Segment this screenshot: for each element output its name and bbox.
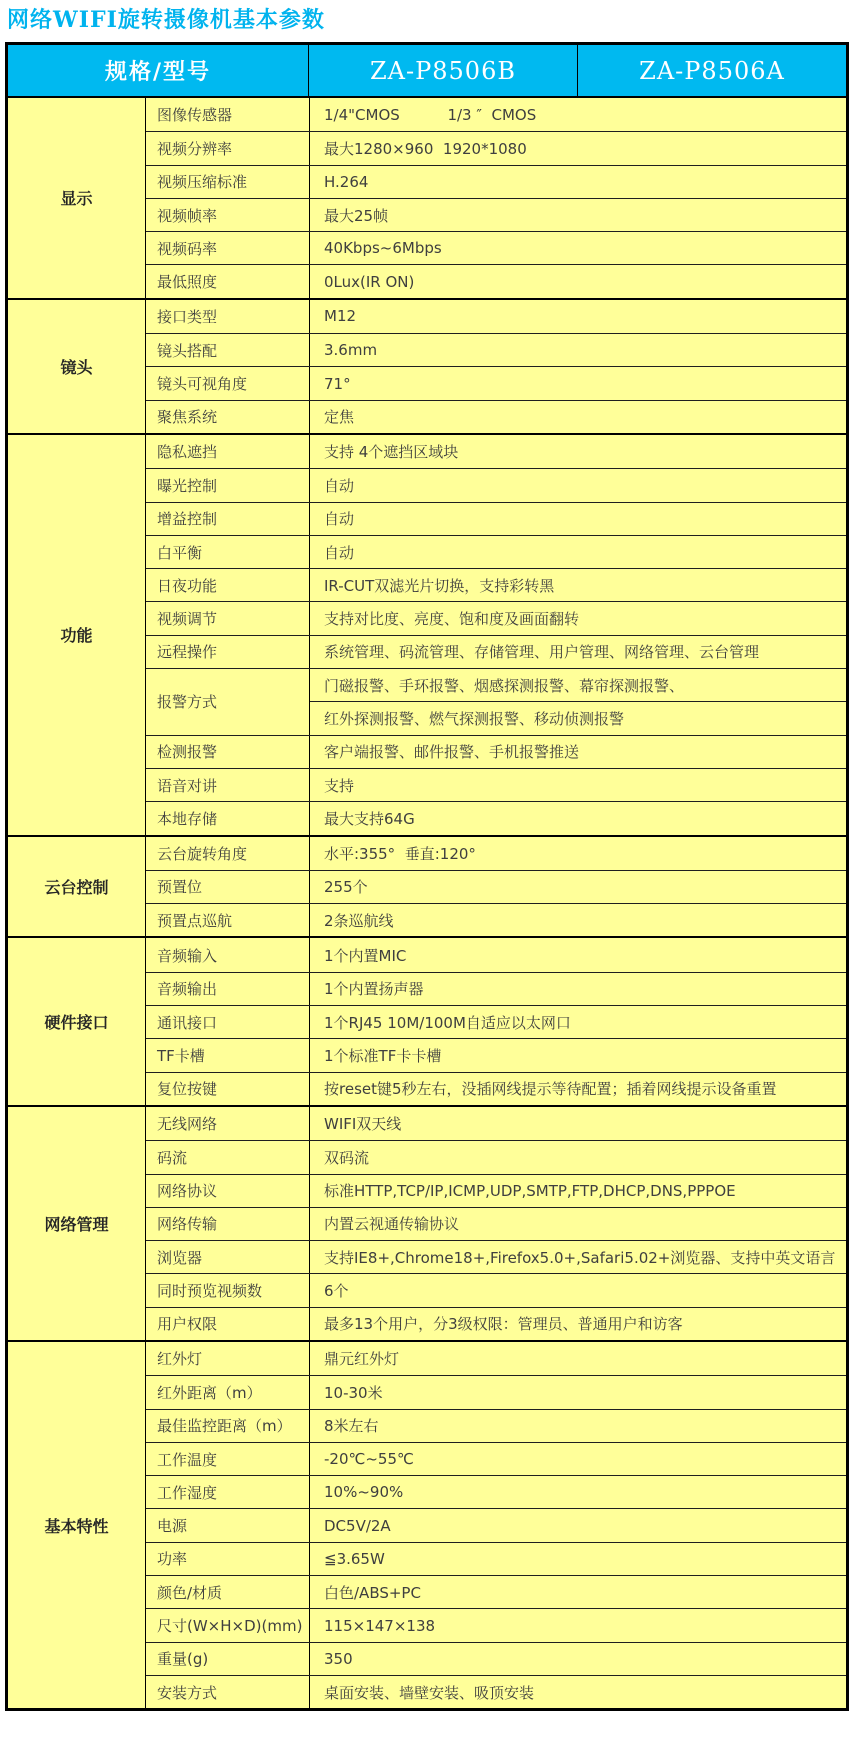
table-row: 通讯接口1个RJ45 10M/100M自适应以太网口	[146, 1005, 846, 1038]
spec-value: 10-30米	[310, 1376, 846, 1408]
spec-value-line: 红外探测报警、燃气探测报警、移动侦测报警	[310, 701, 846, 734]
spec-value: 6个	[310, 1274, 846, 1306]
spec-value: 1个RJ45 10M/100M自适应以太网口	[310, 1006, 846, 1038]
table-row: 工作湿度10%~90%	[146, 1475, 846, 1508]
spec-value: IR-CUT双滤光片切换，支持彩转黑	[310, 569, 846, 601]
table-row: 镜头搭配3.6mm	[146, 333, 846, 366]
group-rows: 接口类型M12镜头搭配3.6mm镜头可视角度71°聚焦系统定焦	[146, 300, 846, 433]
table-row: 远程操作系统管理、码流管理、存储管理、用户管理、网络管理、云台管理	[146, 635, 846, 668]
header-model-za-p8506a: ZA-P8506A	[577, 45, 846, 96]
table-row: 视频分辨率最大1280×960 1920*1080	[146, 131, 846, 164]
spec-label: 网络传输	[146, 1208, 310, 1240]
spec-value: 自动	[310, 536, 846, 568]
table-row: 复位按键按reset键5秒左右，没插网线提示等待配置；插着网线提示设备重置	[146, 1072, 846, 1105]
spec-label: 红外距离（m）	[146, 1376, 310, 1408]
spec-label: 重量(g)	[146, 1643, 310, 1675]
spec-value: 支持对比度、亮度、饱和度及画面翻转	[310, 602, 846, 634]
table-row: 最低照度0Lux(IR ON)	[146, 264, 846, 297]
table-row: 白平衡自动	[146, 535, 846, 568]
spec-value: M12	[310, 300, 846, 333]
group-rows: 无线网络WIFI双天线码流双码流网络协议标准HTTP,TCP/IP,ICMP,U…	[146, 1107, 846, 1340]
spec-value: 最大1280×960 1920*1080	[310, 132, 846, 164]
spec-value: 鼎元红外灯	[310, 1342, 846, 1375]
spec-label: 图像传感器	[146, 98, 310, 131]
spec-value: 40Kbps~6Mbps	[310, 232, 846, 264]
spec-label: 增益控制	[146, 503, 310, 535]
table-row: 语音对讲支持	[146, 768, 846, 801]
spec-value: 标准HTTP,TCP/IP,ICMP,UDP,SMTP,FTP,DHCP,DNS…	[310, 1175, 846, 1207]
spec-value: 自动	[310, 503, 846, 535]
spec-value: 定焦	[310, 401, 846, 433]
table-row: 检测报警客户端报警、邮件报警、手机报警推送	[146, 735, 846, 768]
spec-label: 工作温度	[146, 1443, 310, 1475]
spec-label: 预置点巡航	[146, 904, 310, 936]
table-header: 规格/型号 ZA-P8506B ZA-P8506A	[8, 45, 846, 98]
table-row: 镜头可视角度71°	[146, 366, 846, 399]
spec-label: 镜头可视角度	[146, 367, 310, 399]
table-row: 预置位255个	[146, 870, 846, 903]
spec-value: 白色/ABS+PC	[310, 1576, 846, 1608]
spec-value-line: 门磁报警、手环报警、烟感探测报警、幕帘探测报警、	[310, 669, 846, 701]
table-row: 视频码率40Kbps~6Mbps	[146, 231, 846, 264]
spec-label: 颜色/材质	[146, 1576, 310, 1608]
table-row: 电源DC5V/2A	[146, 1508, 846, 1541]
spec-label: 云台旋转角度	[146, 837, 310, 870]
group-rows: 音频输入1个内置MIC音频输出1个内置扬声器通讯接口1个RJ45 10M/100…	[146, 938, 846, 1104]
table-row: 用户权限最多13个用户，分3级权限：管理员、普通用户和访客	[146, 1307, 846, 1340]
spec-label: 无线网络	[146, 1107, 310, 1140]
spec-label: 网络协议	[146, 1175, 310, 1207]
spec-label: 同时预览视频数	[146, 1274, 310, 1306]
spec-value: 客户端报警、邮件报警、手机报警推送	[310, 736, 846, 768]
spec-label: 曝光控制	[146, 469, 310, 501]
header-spec-model: 规格/型号	[8, 45, 308, 96]
spec-label: 白平衡	[146, 536, 310, 568]
spec-value: 255个	[310, 871, 846, 903]
table-row: 红外距离（m）10-30米	[146, 1375, 846, 1408]
spec-label: 本地存储	[146, 802, 310, 834]
spec-label: 电源	[146, 1509, 310, 1541]
spec-label: 安装方式	[146, 1676, 310, 1708]
table-row: 网络协议标准HTTP,TCP/IP,ICMP,UDP,SMTP,FTP,DHCP…	[146, 1174, 846, 1207]
table-row: 曝光控制自动	[146, 468, 846, 501]
table-row: 重量(g)350	[146, 1642, 846, 1675]
spec-value: 1个内置扬声器	[310, 973, 846, 1005]
spec-value: 最大25帧	[310, 199, 846, 231]
spec-group: 基本特性红外灯鼎元红外灯红外距离（m）10-30米最佳监控距离（m）8米左右工作…	[8, 1340, 846, 1708]
spec-label: 功率	[146, 1543, 310, 1575]
spec-value: 0Lux(IR ON)	[310, 265, 846, 297]
group-rows: 红外灯鼎元红外灯红外距离（m）10-30米最佳监控距离（m）8米左右工作温度-2…	[146, 1342, 846, 1708]
group-label: 云台控制	[8, 837, 146, 937]
spec-value: 1个内置MIC	[310, 938, 846, 971]
spec-value: ≦3.65W	[310, 1543, 846, 1575]
table-body: 显示图像传感器1/4"CMOS 1/3 ″ CMOS视频分辨率最大1280×96…	[8, 98, 846, 1708]
table-row: 视频帧率最大25帧	[146, 198, 846, 231]
spec-group: 镜头接口类型M12镜头搭配3.6mm镜头可视角度71°聚焦系统定焦	[8, 298, 846, 433]
table-row: 功率≦3.65W	[146, 1542, 846, 1575]
table-row: 音频输入1个内置MIC	[146, 938, 846, 971]
spec-group: 云台控制云台旋转角度水平:355° 垂直:120°预置位255个预置点巡航2条巡…	[8, 835, 846, 937]
spec-label: 工作湿度	[146, 1476, 310, 1508]
spec-label: 预置位	[146, 871, 310, 903]
group-label: 网络管理	[8, 1107, 146, 1340]
spec-value: 350	[310, 1643, 846, 1675]
table-row: 音频输出1个内置扬声器	[146, 972, 846, 1005]
spec-label: 尺寸(W×H×D)(mm)	[146, 1609, 310, 1641]
table-row: 日夜功能IR-CUT双滤光片切换，支持彩转黑	[146, 568, 846, 601]
spec-label: 接口类型	[146, 300, 310, 333]
header-model-za-p8506b: ZA-P8506B	[308, 45, 577, 96]
spec-label: 码流	[146, 1141, 310, 1173]
spec-label: 浏览器	[146, 1241, 310, 1273]
spec-value: 71°	[310, 367, 846, 399]
spec-value: 自动	[310, 469, 846, 501]
table-row: 增益控制自动	[146, 502, 846, 535]
spec-label: 镜头搭配	[146, 334, 310, 366]
spec-value: 按reset键5秒左右，没插网线提示等待配置；插着网线提示设备重置	[310, 1073, 846, 1105]
spec-label: 语音对讲	[146, 769, 310, 801]
table-row: 报警方式门磁报警、手环报警、烟感探测报警、幕帘探测报警、红外探测报警、燃气探测报…	[146, 668, 846, 735]
spec-value: 双码流	[310, 1141, 846, 1173]
table-row: 工作温度-20℃~55℃	[146, 1442, 846, 1475]
table-row: 最佳监控距离（m）8米左右	[146, 1409, 846, 1442]
spec-value: 系统管理、码流管理、存储管理、用户管理、网络管理、云台管理	[310, 636, 846, 668]
spec-label: TF卡槽	[146, 1039, 310, 1071]
spec-label: 最佳监控距离（m）	[146, 1410, 310, 1442]
table-row: 图像传感器1/4"CMOS 1/3 ″ CMOS	[146, 98, 846, 131]
table-row: 无线网络WIFI双天线	[146, 1107, 846, 1140]
spec-label: 通讯接口	[146, 1006, 310, 1038]
spec-value: 桌面安装、墙壁安装、吸顶安装	[310, 1676, 846, 1708]
spec-value: 门磁报警、手环报警、烟感探测报警、幕帘探测报警、红外探测报警、燃气探测报警、移动…	[310, 669, 846, 735]
spec-label: 检测报警	[146, 736, 310, 768]
spec-label: 报警方式	[146, 669, 310, 735]
spec-group: 硬件接口音频输入1个内置MIC音频输出1个内置扬声器通讯接口1个RJ45 10M…	[8, 936, 846, 1104]
group-label: 显示	[8, 98, 146, 298]
table-row: 浏览器支持IE8+,Chrome18+,Firefox5.0+,Safari5.…	[146, 1240, 846, 1273]
spec-value: 水平:355° 垂直:120°	[310, 837, 846, 870]
page-title: 网络WIFI旋转摄像机基本参数	[7, 3, 325, 34]
spec-group: 显示图像传感器1/4"CMOS 1/3 ″ CMOS视频分辨率最大1280×96…	[8, 98, 846, 298]
spec-label: 视频分辨率	[146, 132, 310, 164]
spec-label: 用户权限	[146, 1308, 310, 1340]
spec-label: 最低照度	[146, 265, 310, 297]
group-rows: 图像传感器1/4"CMOS 1/3 ″ CMOS视频分辨率最大1280×960 …	[146, 98, 846, 298]
table-row: TF卡槽1个标准TF卡卡槽	[146, 1038, 846, 1071]
table-row: 尺寸(W×H×D)(mm)115×147×138	[146, 1608, 846, 1641]
spec-value: 115×147×138	[310, 1609, 846, 1641]
spec-value: WIFI双天线	[310, 1107, 846, 1140]
spec-label: 聚焦系统	[146, 401, 310, 433]
table-row: 同时预览视频数6个	[146, 1273, 846, 1306]
table-row: 网络传输内置云视通传输协议	[146, 1207, 846, 1240]
table-row: 视频压缩标准H.264	[146, 165, 846, 198]
spec-value: 最大支持64G	[310, 802, 846, 834]
table-row: 码流双码流	[146, 1140, 846, 1173]
spec-label: 音频输入	[146, 938, 310, 971]
spec-value: 2条巡航线	[310, 904, 846, 936]
group-rows: 隐私遮挡支持 4个遮挡区域块曝光控制自动增益控制自动白平衡自动日夜功能IR-CU…	[146, 435, 846, 835]
group-label: 基本特性	[8, 1342, 146, 1708]
spec-value: 最多13个用户，分3级权限：管理员、普通用户和访客	[310, 1308, 846, 1340]
group-rows: 云台旋转角度水平:355° 垂直:120°预置位255个预置点巡航2条巡航线	[146, 837, 846, 937]
table-row: 聚焦系统定焦	[146, 400, 846, 433]
spec-value: 3.6mm	[310, 334, 846, 366]
spec-label: 视频调节	[146, 602, 310, 634]
spec-label: 隐私遮挡	[146, 435, 310, 468]
spec-value: DC5V/2A	[310, 1509, 846, 1541]
spec-label: 远程操作	[146, 636, 310, 668]
spec-value: 支持IE8+,Chrome18+,Firefox5.0+,Safari5.02+…	[310, 1241, 846, 1273]
group-label: 硬件接口	[8, 938, 146, 1104]
table-row: 颜色/材质白色/ABS+PC	[146, 1575, 846, 1608]
group-label: 镜头	[8, 300, 146, 433]
table-row: 视频调节支持对比度、亮度、饱和度及画面翻转	[146, 601, 846, 634]
group-label: 功能	[8, 435, 146, 835]
spec-label: 视频码率	[146, 232, 310, 264]
table-row: 红外灯鼎元红外灯	[146, 1342, 846, 1375]
table-row: 隐私遮挡支持 4个遮挡区域块	[146, 435, 846, 468]
spec-value: 1/4"CMOS 1/3 ″ CMOS	[310, 98, 846, 131]
spec-label: 复位按键	[146, 1073, 310, 1105]
spec-label: 红外灯	[146, 1342, 310, 1375]
table-row: 云台旋转角度水平:355° 垂直:120°	[146, 837, 846, 870]
spec-value: 1个标准TF卡卡槽	[310, 1039, 846, 1071]
table-row: 本地存储最大支持64G	[146, 801, 846, 834]
spec-label: 日夜功能	[146, 569, 310, 601]
spec-group: 功能隐私遮挡支持 4个遮挡区域块曝光控制自动增益控制自动白平衡自动日夜功能IR-…	[8, 433, 846, 835]
spec-value: 内置云视通传输协议	[310, 1208, 846, 1240]
spec-value: 10%~90%	[310, 1476, 846, 1508]
spec-label: 视频帧率	[146, 199, 310, 231]
spec-value: 8米左右	[310, 1410, 846, 1442]
spec-group: 网络管理无线网络WIFI双天线码流双码流网络协议标准HTTP,TCP/IP,IC…	[8, 1105, 846, 1340]
spec-label: 音频输出	[146, 973, 310, 1005]
spec-value: 支持 4个遮挡区域块	[310, 435, 846, 468]
table-row: 预置点巡航2条巡航线	[146, 903, 846, 936]
table-row: 接口类型M12	[146, 300, 846, 333]
spec-value: 支持	[310, 769, 846, 801]
spec-value: H.264	[310, 166, 846, 198]
spec-label: 视频压缩标准	[146, 166, 310, 198]
spec-value: -20℃~55℃	[310, 1443, 846, 1475]
table-row: 安装方式桌面安装、墙壁安装、吸顶安装	[146, 1675, 846, 1708]
spec-table: 规格/型号 ZA-P8506B ZA-P8506A 显示图像传感器1/4"CMO…	[5, 42, 849, 1711]
